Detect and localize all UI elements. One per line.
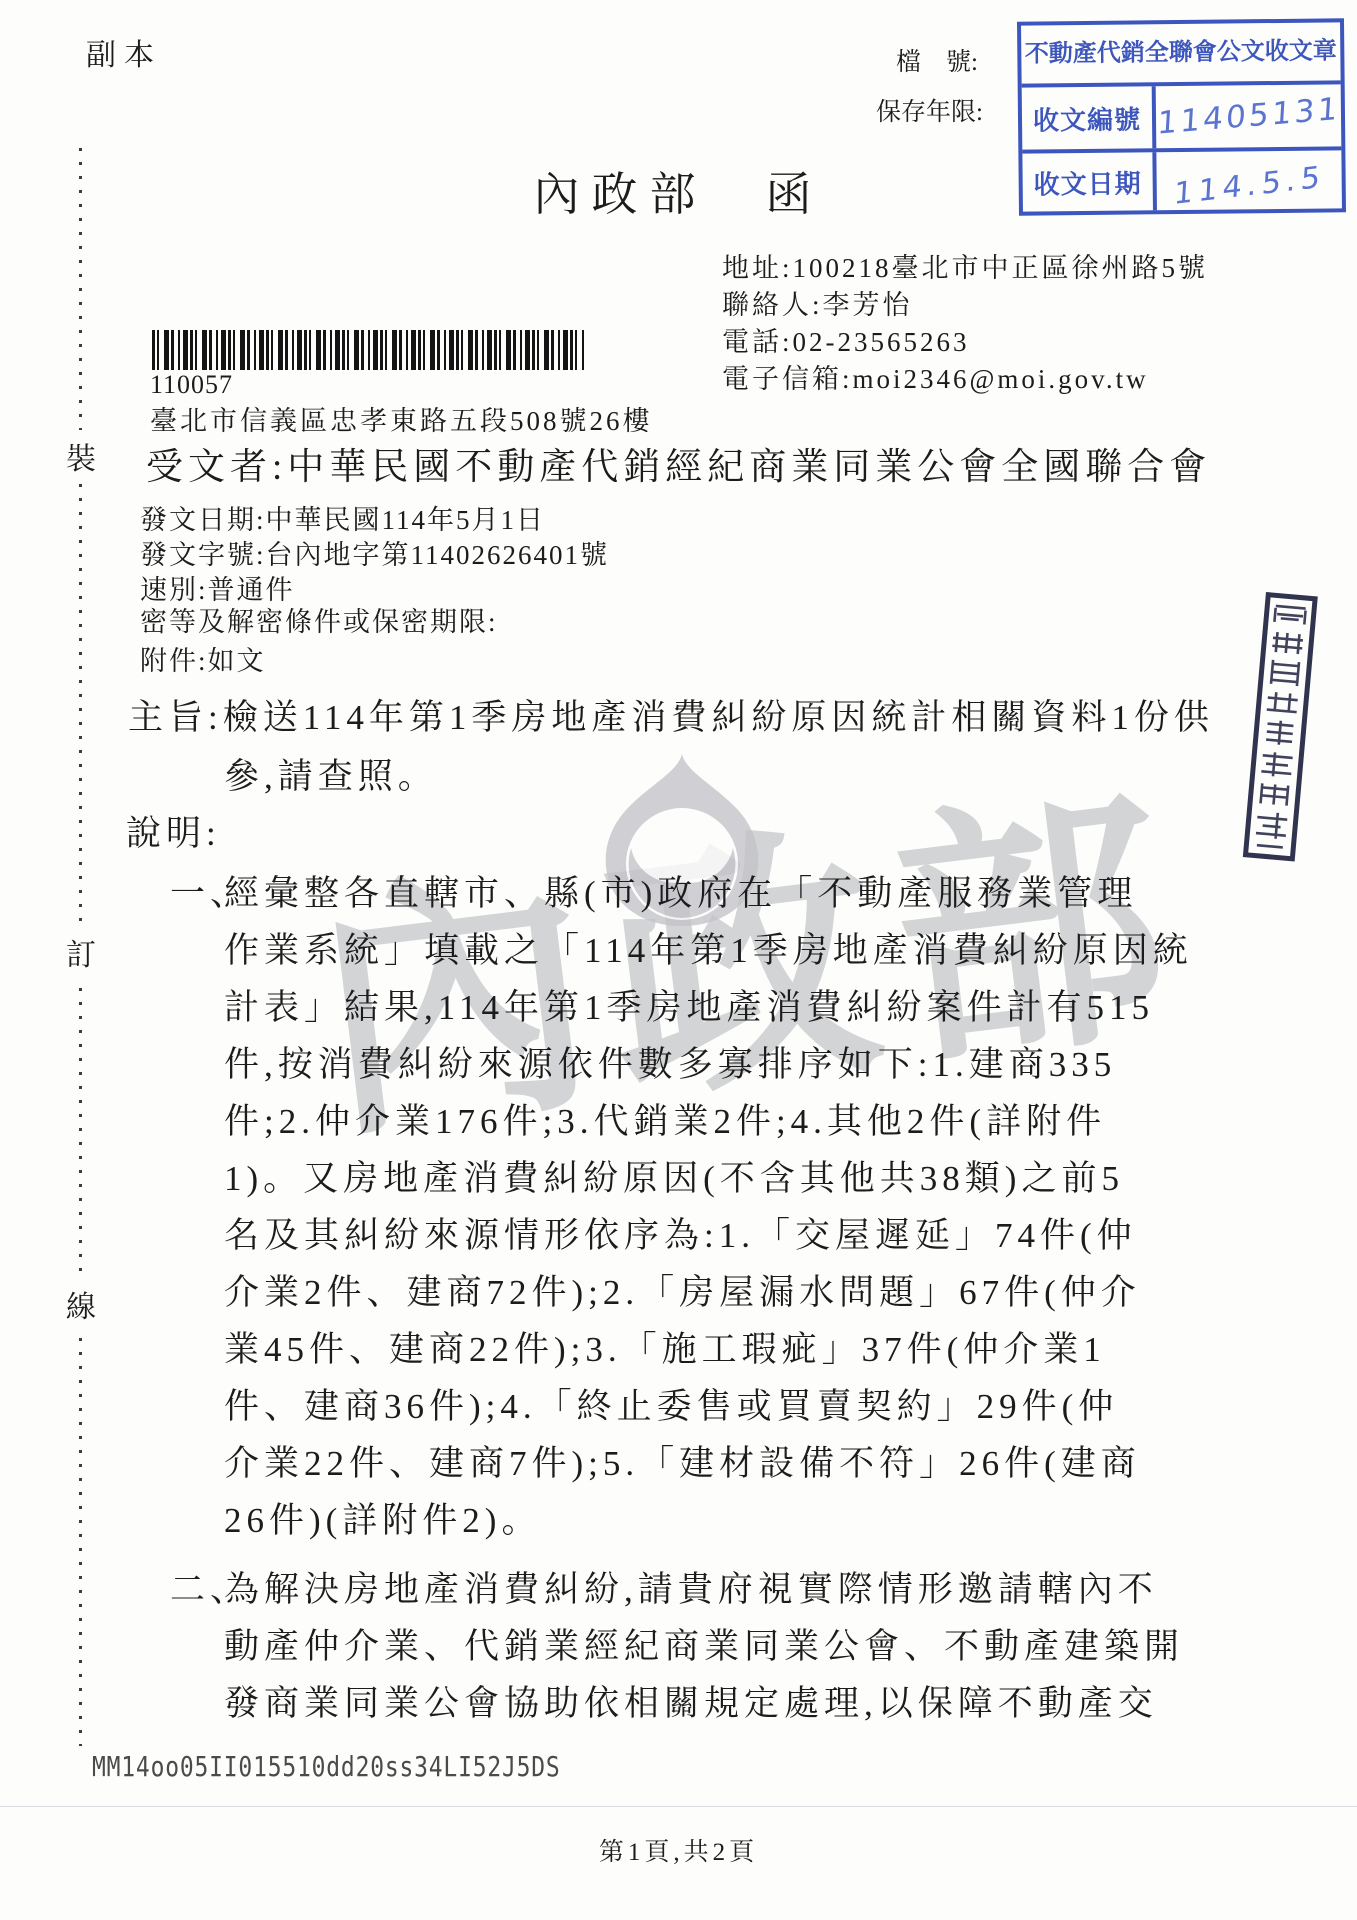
item1-line: 介業2件、建商72件);2.「房屋漏水問題」67件(仲介 [224, 1265, 1141, 1315]
scan-edge-rule [0, 1806, 1357, 1807]
file-number-label: 檔 號: [896, 42, 978, 78]
illegible-stamp-glyphs-icon [1248, 597, 1312, 856]
received-date-value: 114.5.5 [1173, 159, 1326, 211]
received-document-stamp: 不動產代銷全聯會公文收文章 收文編號 11405131 收文日期 114.5.5 [1017, 18, 1346, 215]
received-number-value: 11405131 [1156, 91, 1341, 142]
item1-line: 介業22件、建商7件);5.「建材設備不符」26件(建商 [224, 1436, 1141, 1486]
item1-line: 作業系統」填載之「114年第1季房地產消費糾紛原因統 [224, 923, 1193, 973]
attachment-line: 附件:如文 [140, 639, 266, 678]
received-number-row: 收文編號 11405131 [1022, 84, 1342, 149]
explanation-heading: 說明: [126, 806, 221, 856]
scanned-official-letter: 內政部 副本 檔 號: 保存年限: 不動產代銷全聯會公文收文章 收文編號 114… [0, 0, 1357, 1920]
binding-mark-ding: 訂 [64, 926, 98, 978]
received-number-label: 收文編號 [1022, 86, 1157, 149]
item2-line: 發商業同業公會協助依相關規定處理,以保障不動產交 [224, 1676, 1158, 1726]
barcode [152, 330, 584, 370]
item1-line: 1)。又房地產消費糾紛原因(不含其他共38類)之前5 [224, 1151, 1124, 1201]
illegible-side-stamp [1243, 592, 1318, 862]
page-number-footer: 第1頁,共2頁 [0, 1832, 1357, 1868]
received-stamp-title: 不動產代銷全聯會公文收文章 [1021, 22, 1341, 87]
issue-number-line: 發文字號:台內地字第11402626401號 [140, 533, 609, 572]
copy-label: 副本 [86, 30, 162, 74]
security-class-line: 密等及解密條件或保密期限: [140, 600, 498, 639]
binding-mark-zhuang: 裝 [64, 430, 98, 482]
item1-line: 件,按消費糾紛來源依件數多寡排序如下:1.建商335 [224, 1037, 1116, 1087]
item1-line: 經彙整各直轄市、縣(市)政府在「不動產服務業管理 [224, 866, 1137, 916]
received-date-label: 收文日期 [1022, 152, 1157, 211]
item1-line: 件、建商36件);4.「終止委售或買賣契約」29件(仲 [224, 1379, 1118, 1429]
item1-line: 26件)(詳附件2)。 [224, 1493, 541, 1543]
contact-person: 聯絡人:李芳怡 [722, 283, 913, 322]
recipient-line: 受文者:中華民國不動產代銷經紀商業同業公會全國聯合會 [146, 436, 1211, 490]
barcode-number: 110057 [150, 370, 233, 400]
contact-email: 電子信箱:moi2346@moi.gov.tw [722, 357, 1149, 396]
item2-line: 為解決房地產消費糾紛,請貴府視實際情形邀請轄內不 [224, 1562, 1158, 1612]
item1-line: 件;2.仲介業176件;3.代銷業2件;4.其他2件(詳附件 [224, 1094, 1106, 1144]
item2-line: 動產仲介業、代銷業經紀商業同業公會、不動產建築開 [224, 1619, 1184, 1669]
binding-mark-xian: 線 [64, 1278, 98, 1330]
print-control-code: MM14oo05II015510dd20ss34LI52J5DS [92, 1750, 561, 1783]
recipient-mailing-address: 臺北市信義區忠孝東路五段508號26樓 [150, 399, 653, 438]
subject-line-2: 參,請查照。 [224, 749, 438, 799]
item1-line: 業45件、建商22件);3.「施工瑕疵」37件(仲介業1 [224, 1322, 1106, 1372]
sender-address: 地址:100218臺北市中正區徐州路5號 [722, 246, 1208, 285]
item1-line: 名及其糾紛來源情形依序為:1.「交屋遲延」74件(仲 [224, 1208, 1137, 1258]
retention-period-label: 保存年限: [876, 92, 983, 128]
received-date-row: 收文日期 114.5.5 [1022, 146, 1342, 211]
issue-date-line: 發文日期:中華民國114年5月1日 [140, 498, 545, 537]
item1-line: 計表」結果,114年第1季房地產消費糾紛案件計有515 [224, 980, 1154, 1030]
contact-phone: 電話:02-23565263 [722, 320, 970, 359]
subject-line-1: 主旨:檢送114年第1季房地產消費糾紛原因統計相關資料1份供 [128, 690, 1214, 740]
